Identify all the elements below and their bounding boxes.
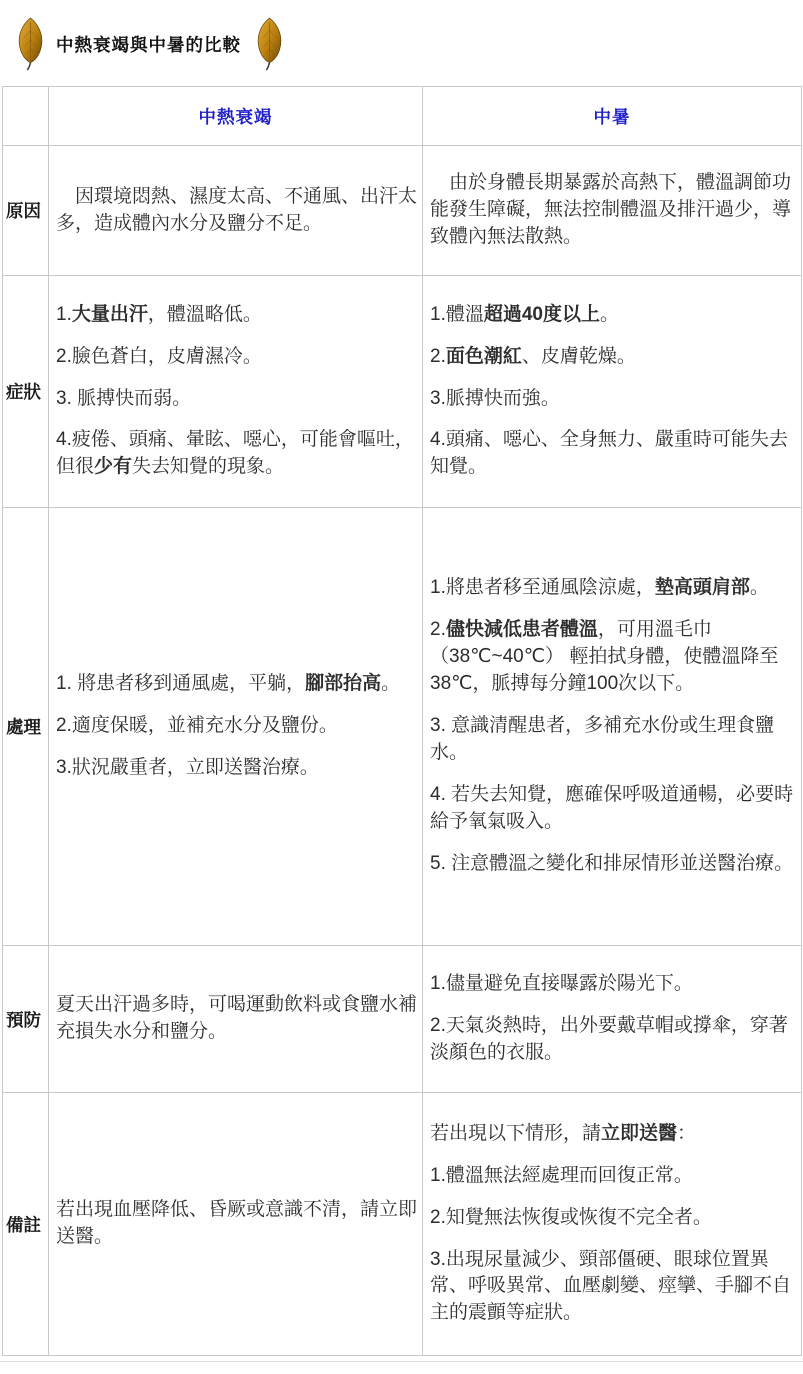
cell-paragraph: 3.出現尿量減少、頸部僵硬、眼球位置異常、呼吸異常、血壓劇變、痙攣、手腳不自主的…: [430, 1247, 796, 1328]
heat-stroke-cell: 1.將患者移至通風陰涼處，墊高頭肩部。2.儘快減低患者體溫，可用溫毛巾（38℃~…: [423, 508, 802, 946]
heat-stroke-cell: 若出現以下情形，請立即送醫：1.體溫無法經處理而回復正常。2.知覺無法恢復或恢復…: [423, 1093, 802, 1356]
heat-stroke-cell: 1.儘量避免直接曝露於陽光下。2.天氣炎熱時，出外要戴草帽或撐傘，穿著淡顏色的衣…: [423, 946, 802, 1093]
bottom-divider: [0, 1361, 803, 1362]
cell-paragraph: 夏天出汗過多時，可喝運動飲料或食鹽水補充損失水分和鹽分。: [56, 992, 417, 1046]
heat-stroke-cell: 1.體溫超過40度以上。2.面色潮紅、皮膚乾燥。3.脈搏快而強。4.頭痛、噁心、…: [423, 276, 802, 508]
column-header-heat-exhaustion: 中熱衰竭: [49, 87, 423, 146]
cell-paragraph: 1.體溫超過40度以上。: [430, 302, 796, 329]
heat-exhaustion-cell: 若出現血壓降低、昏厥或意識不清，請立即送醫。: [49, 1093, 423, 1356]
heat-stroke-cell: 由於身體長期暴露於高熱下，體溫調節功能發生障礙，無法控制體溫及排汗過少，導致體內…: [423, 146, 802, 276]
header-row: 中熱衰竭 中暑: [3, 87, 802, 146]
column-header-heat-stroke: 中暑: [423, 87, 802, 146]
cell-paragraph: 3. 意識清醒患者，多補充水份或生理食鹽水。: [430, 713, 796, 767]
cell-paragraph: 3. 脈搏快而弱。: [56, 386, 417, 413]
cell-paragraph: 2.適度保暖，並補充水分及鹽份。: [56, 713, 417, 740]
cell-paragraph: 5. 注意體溫之變化和排尿情形並送醫治療。: [430, 851, 796, 878]
title-bar: 中熱衰竭與中暑的比較: [0, 0, 803, 86]
cell-paragraph: 由於身體長期暴露於高熱下，體溫調節功能發生障礙，無法控制體溫及排汗過少，導致體內…: [430, 170, 796, 251]
cell-paragraph: 4.頭痛、噁心、全身無力、嚴重時可能失去知覺。: [430, 427, 796, 481]
cell-paragraph: 4.疲倦、頭痛、暈眩、噁心，可能會嘔吐，但很少有失去知覺的現象。: [56, 427, 417, 481]
heat-exhaustion-cell: 夏天出汗過多時，可喝運動飲料或食鹽水補充損失水分和鹽分。: [49, 946, 423, 1093]
table-row: 原因 因環境悶熱、濕度太高、不通風、出汗太多，造成體內水分及鹽分不足。 由於身體…: [3, 146, 802, 276]
cell-paragraph: 1. 將患者移到通風處，平躺，腳部抬高。: [56, 671, 417, 698]
table-row: 備註若出現血壓降低、昏厥或意識不清，請立即送醫。若出現以下情形，請立即送醫：1.…: [3, 1093, 802, 1356]
cell-paragraph: 2.臉色蒼白，皮膚濕冷。: [56, 344, 417, 371]
cell-paragraph: 3.脈搏快而強。: [430, 386, 796, 413]
row-label: 處理: [3, 508, 49, 946]
cell-paragraph: 1.體溫無法經處理而回復正常。: [430, 1163, 796, 1190]
row-label: 預防: [3, 946, 49, 1093]
row-label: 原因: [3, 146, 49, 276]
leaf-icon: [249, 13, 289, 75]
cell-paragraph: 若出現以下情形，請立即送醫：: [430, 1121, 796, 1148]
cell-paragraph: 因環境悶熱、濕度太高、不通風、出汗太多，造成體內水分及鹽分不足。: [56, 184, 417, 238]
corner-cell: [3, 87, 49, 146]
cell-paragraph: 2.面色潮紅、皮膚乾燥。: [430, 344, 796, 371]
cell-paragraph: 2.知覺無法恢復或恢復不完全者。: [430, 1205, 796, 1232]
cell-paragraph: 3.狀況嚴重者，立即送醫治療。: [56, 755, 417, 782]
table-row: 預防夏天出汗過多時，可喝運動飲料或食鹽水補充損失水分和鹽分。1.儘量避免直接曝露…: [3, 946, 802, 1093]
cell-paragraph: 若出現血壓降低、昏厥或意識不清，請立即送醫。: [56, 1197, 417, 1251]
comparison-table-body: 原因 因環境悶熱、濕度太高、不通風、出汗太多，造成體內水分及鹽分不足。 由於身體…: [3, 146, 802, 1356]
heat-exhaustion-cell: 1. 將患者移到通風處，平躺，腳部抬高。2.適度保暖，並補充水分及鹽份。3.狀況…: [49, 508, 423, 946]
row-label: 症狀: [3, 276, 49, 508]
leaf-icon: [10, 13, 50, 75]
cell-paragraph: 1.儘量避免直接曝露於陽光下。: [430, 971, 796, 998]
heat-exhaustion-cell: 因環境悶熱、濕度太高、不通風、出汗太多，造成體內水分及鹽分不足。: [49, 146, 423, 276]
row-label: 備註: [3, 1093, 49, 1356]
cell-paragraph: 2.儘快減低患者體溫，可用溫毛巾（38℃~40℃） 輕拍拭身體，使體溫降至38℃…: [430, 617, 796, 698]
cell-paragraph: 1.將患者移至通風陰涼處，墊高頭肩部。: [430, 575, 796, 602]
comparison-table: 中熱衰竭 中暑 原因 因環境悶熱、濕度太高、不通風、出汗太多，造成體內水分及鹽分…: [2, 86, 802, 1356]
cell-paragraph: 4. 若失去知覺，應確保呼吸道通暢，必要時給予氧氣吸入。: [430, 782, 796, 836]
table-row: 處理1. 將患者移到通風處，平躺，腳部抬高。2.適度保暖，並補充水分及鹽份。3.…: [3, 508, 802, 946]
heat-exhaustion-cell: 1.大量出汗，體溫略低。2.臉色蒼白，皮膚濕冷。3. 脈搏快而弱。4.疲倦、頭痛…: [49, 276, 423, 508]
table-row: 症狀1.大量出汗，體溫略低。2.臉色蒼白，皮膚濕冷。3. 脈搏快而弱。4.疲倦、…: [3, 276, 802, 508]
page-title: 中熱衰竭與中暑的比較: [56, 32, 241, 57]
cell-paragraph: 2.天氣炎熱時，出外要戴草帽或撐傘，穿著淡顏色的衣服。: [430, 1013, 796, 1067]
cell-paragraph: 1.大量出汗，體溫略低。: [56, 302, 417, 329]
